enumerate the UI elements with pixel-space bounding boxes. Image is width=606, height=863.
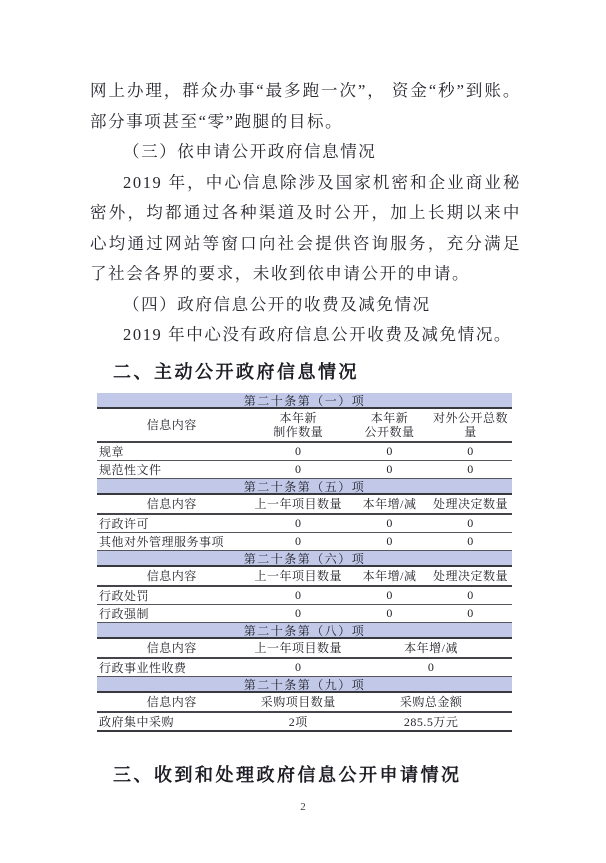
header-cell: 本年增/减 bbox=[350, 567, 429, 586]
row-label: 行政强制 bbox=[97, 604, 246, 622]
section-title-band: 第二十条第（六）项 bbox=[97, 551, 512, 567]
cell-value: 0 bbox=[246, 586, 350, 605]
header-cell: 上一年项目数量 bbox=[246, 639, 350, 658]
row-label: 行政处罚 bbox=[97, 586, 246, 605]
table-row: 行政强制 0 0 0 bbox=[97, 604, 512, 622]
header-cell: 采购总金额 bbox=[350, 693, 512, 712]
table-section-item9: 第二十条第（九）项 信息内容 采购项目数量 采购总金额 政府集中采购 2项 bbox=[97, 677, 512, 732]
table-header-row: 信息内容 上一年项目数量 本年增/减 bbox=[97, 639, 512, 658]
header-cell: 上一年项目数量 bbox=[246, 567, 350, 586]
table-row: 规章 0 0 0 bbox=[97, 442, 512, 461]
table-header-row: 信息内容 上一年项目数量 本年增/减 处理决定数量 bbox=[97, 495, 512, 514]
table-row: 行政事业性收费 0 0 bbox=[97, 658, 512, 677]
table-section-item1: 第二十条第（一）项 信息内容 本年新 制作数量 本年新 公开数量 对外公开总数量 bbox=[97, 393, 512, 479]
cell-value: 0 bbox=[429, 514, 512, 533]
cell-value: 0 bbox=[429, 586, 512, 605]
cell-value: 0 bbox=[429, 532, 512, 550]
table-section-item5: 第二十条第（五）项 信息内容 上一年项目数量 本年增/减 处理决定数量 行政 bbox=[97, 479, 512, 551]
cell-value: 0 bbox=[350, 586, 429, 605]
paragraph: 2019 年中心没有政府信息公开收费及减免情况。 bbox=[90, 320, 521, 351]
cell-value: 0 bbox=[350, 514, 429, 533]
paragraph: （三）依申请公开政府信息情况 bbox=[90, 137, 521, 168]
cell-value: 0 bbox=[429, 604, 512, 622]
page-content: 网上办理，群众办事“最多跑一次”， 资金“秒”到账。部分事项甚至“零”跑腿的目标… bbox=[90, 76, 521, 787]
header-cell: 上一年项目数量 bbox=[246, 495, 350, 514]
table-row: 行政许可 0 0 0 bbox=[97, 514, 512, 533]
section-heading-2: 二、主动公开政府信息情况 bbox=[113, 358, 521, 384]
table-row: 行政处罚 0 0 0 bbox=[97, 586, 512, 605]
paragraph: （四）政府信息公开的收费及减免情况 bbox=[90, 290, 521, 321]
table-header-row: 信息内容 上一年项目数量 本年增/减 处理决定数量 bbox=[97, 567, 512, 586]
header-cell: 信息内容 bbox=[97, 409, 246, 442]
cell-value: 0 bbox=[350, 658, 512, 677]
table-row: 规范性文件 0 0 0 bbox=[97, 460, 512, 478]
cell-value: 0 bbox=[350, 532, 429, 550]
section-title-band: 第二十条第（五）项 bbox=[97, 479, 512, 495]
header-cell: 信息内容 bbox=[97, 639, 246, 658]
table-section-item6: 第二十条第（六）项 信息内容 上一年项目数量 本年增/减 处理决定数量 行政 bbox=[97, 551, 512, 623]
section-title-band: 第二十条第（一）项 bbox=[97, 393, 512, 409]
page-number: 2 bbox=[0, 801, 606, 813]
paragraph: 2019 年，中心信息除涉及国家机密和企业商业秘密外，均都通过各种渠道及时公开，… bbox=[90, 168, 521, 290]
document-page: 网上办理，群众办事“最多跑一次”， 资金“秒”到账。部分事项甚至“零”跑腿的目标… bbox=[0, 0, 606, 863]
table-section-item8: 第二十条第（八）项 信息内容 上一年项目数量 本年增/减 行政事业性收费 0 bbox=[97, 623, 512, 677]
header-cell: 信息内容 bbox=[97, 495, 246, 514]
paragraph: 网上办理，群众办事“最多跑一次”， 资金“秒”到账。部分事项甚至“零”跑腿的目标… bbox=[90, 76, 521, 137]
table-header-row: 信息内容 本年新 制作数量 本年新 公开数量 对外公开总数量 bbox=[97, 409, 512, 442]
body-text: 网上办理，群众办事“最多跑一次”， 资金“秒”到账。部分事项甚至“零”跑腿的目标… bbox=[90, 76, 521, 351]
header-cell: 本年增/减 bbox=[350, 639, 512, 658]
row-label: 行政事业性收费 bbox=[97, 658, 246, 677]
row-label: 规章 bbox=[97, 442, 246, 461]
cell-value: 0 bbox=[246, 442, 350, 461]
header-cell: 本年新 公开数量 bbox=[350, 409, 429, 442]
cell-value: 0 bbox=[246, 604, 350, 622]
header-cell: 信息内容 bbox=[97, 693, 246, 712]
row-label: 其他对外管理服务事项 bbox=[97, 532, 246, 550]
header-cell: 处理决定数量 bbox=[429, 567, 512, 586]
info-disclosure-table: 第二十条第（一）项 信息内容 本年新 制作数量 本年新 公开数量 对外公开总数量 bbox=[97, 393, 512, 732]
cell-value: 0 bbox=[246, 532, 350, 550]
section-title-band: 第二十条第（八）项 bbox=[97, 623, 512, 639]
header-cell: 处理决定数量 bbox=[429, 495, 512, 514]
cell-value: 0 bbox=[350, 460, 429, 478]
header-cell: 采购项目数量 bbox=[246, 693, 350, 712]
section-heading-3: 三、收到和处理政府信息公开申请情况 bbox=[113, 761, 521, 787]
cell-value: 0 bbox=[246, 514, 350, 533]
table-header-row: 信息内容 采购项目数量 采购总金额 bbox=[97, 693, 512, 712]
table-row: 其他对外管理服务事项 0 0 0 bbox=[97, 532, 512, 550]
cell-value: 2项 bbox=[246, 712, 350, 731]
section-title-band: 第二十条第（九）项 bbox=[97, 677, 512, 693]
header-cell: 对外公开总数量 bbox=[429, 409, 512, 442]
cell-value: 0 bbox=[429, 460, 512, 478]
cell-value: 0 bbox=[429, 442, 512, 461]
header-cell: 本年增/减 bbox=[350, 495, 429, 514]
table-row: 政府集中采购 2项 285.5万元 bbox=[97, 712, 512, 731]
row-label: 政府集中采购 bbox=[97, 712, 246, 731]
cell-value: 0 bbox=[246, 460, 350, 478]
header-cell: 本年新 制作数量 bbox=[246, 409, 350, 442]
cell-value: 0 bbox=[350, 442, 429, 461]
cell-value: 285.5万元 bbox=[350, 712, 512, 731]
row-label: 规范性文件 bbox=[97, 460, 246, 478]
header-cell: 信息内容 bbox=[97, 567, 246, 586]
cell-value: 0 bbox=[350, 604, 429, 622]
cell-value: 0 bbox=[246, 658, 350, 677]
row-label: 行政许可 bbox=[97, 514, 246, 533]
